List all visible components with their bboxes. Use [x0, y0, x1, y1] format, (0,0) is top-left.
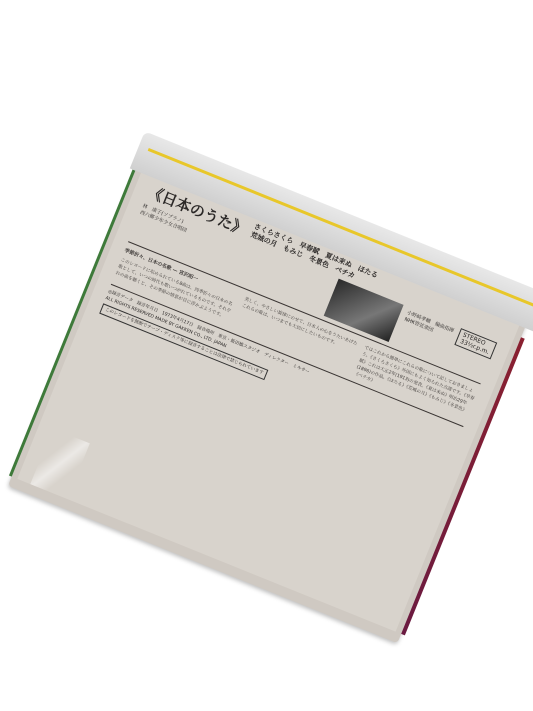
- photo-stage: 《日本のうた》 さくらさくら 早春賦 夏は来ぬ ほたる 荒城の月 もみじ 冬景色…: [0, 0, 533, 711]
- sleeve-back-cover: 《日本のうた》 さくらさくら 早春賦 夏は来ぬ ほたる 荒城の月 もみじ 冬景色…: [17, 156, 526, 631]
- record-sleeve: 《日本のうた》 さくらさくら 早春賦 夏は来ぬ ほたる 荒城の月 もみじ 冬景色…: [8, 143, 533, 643]
